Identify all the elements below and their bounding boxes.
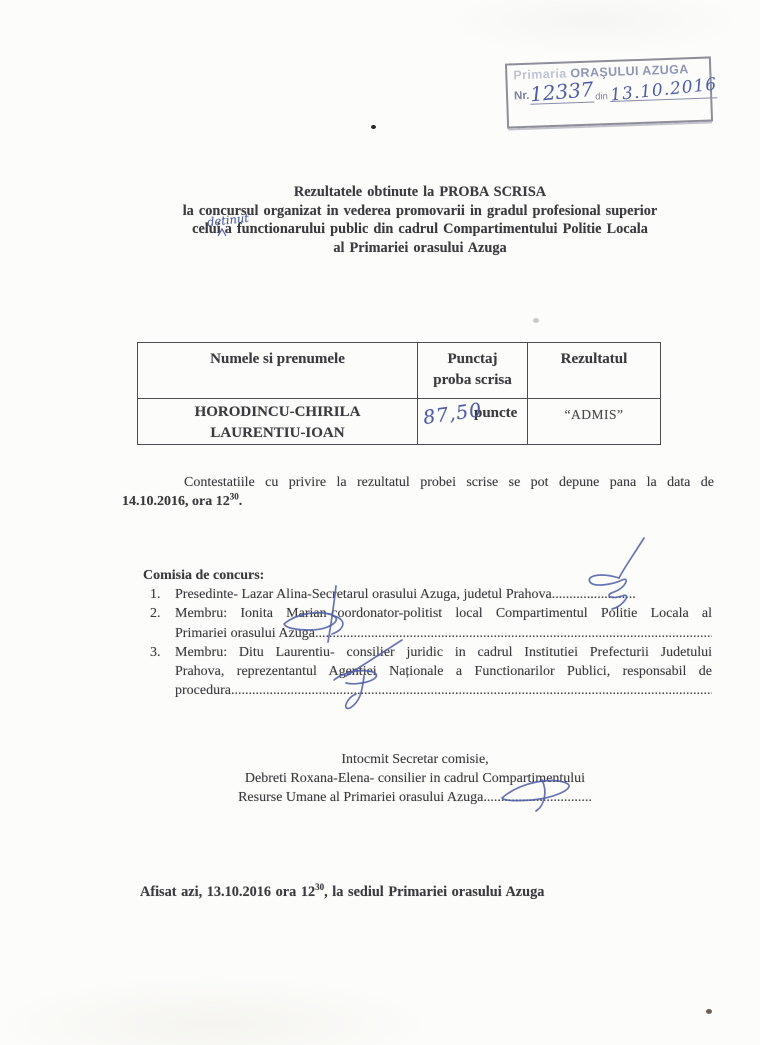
title-line-3: celuidetinuta functionarului public din … xyxy=(80,220,760,239)
title-line-2: la concursul organizat in vederea promov… xyxy=(80,202,760,221)
deadline-period: . xyxy=(239,494,243,509)
title-line3-post: a functionarului public din cadrul Compa… xyxy=(225,221,648,237)
signature-president xyxy=(580,532,655,612)
stamp-din-label: din xyxy=(595,91,608,102)
signature-member-2 xyxy=(318,636,410,714)
stamp-nr-handwritten: 12337 xyxy=(530,80,595,103)
prepared-line1: Intocmit Secretar comisie, xyxy=(185,751,645,770)
stamp-number-row: Nr.12337din13.10.2016 xyxy=(514,77,707,106)
header-result: Rezultatul xyxy=(528,343,661,399)
result-value: “ADMIS” xyxy=(528,399,661,445)
contestation-paragraph: Contestatiile cu privire la rezultatul p… xyxy=(122,473,714,511)
insertion-caret-icon xyxy=(217,228,227,237)
title-line-1: Rezultatele obtinute la PROBA SCRISA xyxy=(80,183,760,202)
table-header-row: Numele si prenumele Punctaj proba scrisa… xyxy=(138,343,661,399)
scanned-document-page: Primaria ORAŞULUI AZUGA Nr.12337din13.10… xyxy=(0,0,760,1045)
deadline-text: 14.10.2016, ora 12 xyxy=(122,494,230,509)
contestation-deadline: 14.10.2016, ora 1230. xyxy=(122,492,714,511)
candidate-name: HORODINCU-CHIRILA LAURENTIU-IOAN xyxy=(138,399,418,445)
scan-speck xyxy=(371,125,376,129)
document-title: Rezultatele obtinute la PROBA SCRISA la … xyxy=(80,183,760,257)
title-line-4: al Primariei orasului Azuga xyxy=(80,239,760,258)
contestation-line1: Contestatiile cu privire la rezultatul p… xyxy=(122,473,714,492)
item3-dots: ........................................… xyxy=(231,683,712,698)
item2-number: 2. xyxy=(150,604,161,623)
handwritten-score: 87,50 xyxy=(422,399,484,429)
table-row: HORODINCU-CHIRILA LAURENTIU-IOAN 87,50 p… xyxy=(138,399,661,445)
header-name: Numele si prenumele xyxy=(138,343,418,399)
item2-line2: Primariei orasului Azuga................… xyxy=(175,624,712,643)
stamp-nr-label: Nr. xyxy=(514,90,530,103)
header-score-line1: Punctaj xyxy=(418,349,527,370)
candidate-name-line2: LAURENTIU-IOAN xyxy=(138,423,417,444)
scan-speck xyxy=(533,318,539,323)
item3-line2: Prahova, reprezentantul Agentiei Naționa… xyxy=(175,662,712,681)
posted-notice-post: , la sediul Primariei orasului Azuga xyxy=(324,884,544,900)
results-table: Numele si prenumele Punctaj proba scrisa… xyxy=(137,342,661,445)
posted-notice-pre: Afisat azi, 13.10.2016 ora 12 xyxy=(140,884,315,900)
item3-line3-text: procedura xyxy=(175,683,231,698)
signature-secretary xyxy=(496,768,578,814)
stamp-date-handwritten: 13.10.2016 xyxy=(609,77,717,104)
handwritten-insertion: detinut xyxy=(221,232,225,233)
score-cell: 87,50 puncte xyxy=(418,399,528,445)
item1-number: 1. xyxy=(150,585,161,604)
item3-line3: procedura...............................… xyxy=(175,681,712,700)
item3-number: 3. xyxy=(150,643,161,662)
item3-line1: Membru: Ditu Laurentiu- consilier juridi… xyxy=(175,643,712,662)
header-score-line2: proba scrisa xyxy=(418,370,527,391)
posted-notice: Afisat azi, 13.10.2016 ora 1230, la sedi… xyxy=(140,884,544,901)
commission-item-3: 3. Membru: Ditu Laurentiu- consilier jur… xyxy=(143,643,712,701)
header-score: Punctaj proba scrisa xyxy=(418,343,528,399)
deadline-superscript: 30 xyxy=(230,491,239,501)
candidate-name-line1: HORODINCU-CHIRILA xyxy=(138,402,417,423)
registration-stamp: Primaria ORAŞULUI AZUGA Nr.12337din13.10… xyxy=(505,56,713,128)
prepared-line3-text: Resurse Umane al Primariei orasului Azug… xyxy=(238,790,483,805)
scan-speck xyxy=(706,1009,712,1014)
posted-notice-superscript: 30 xyxy=(315,882,324,892)
